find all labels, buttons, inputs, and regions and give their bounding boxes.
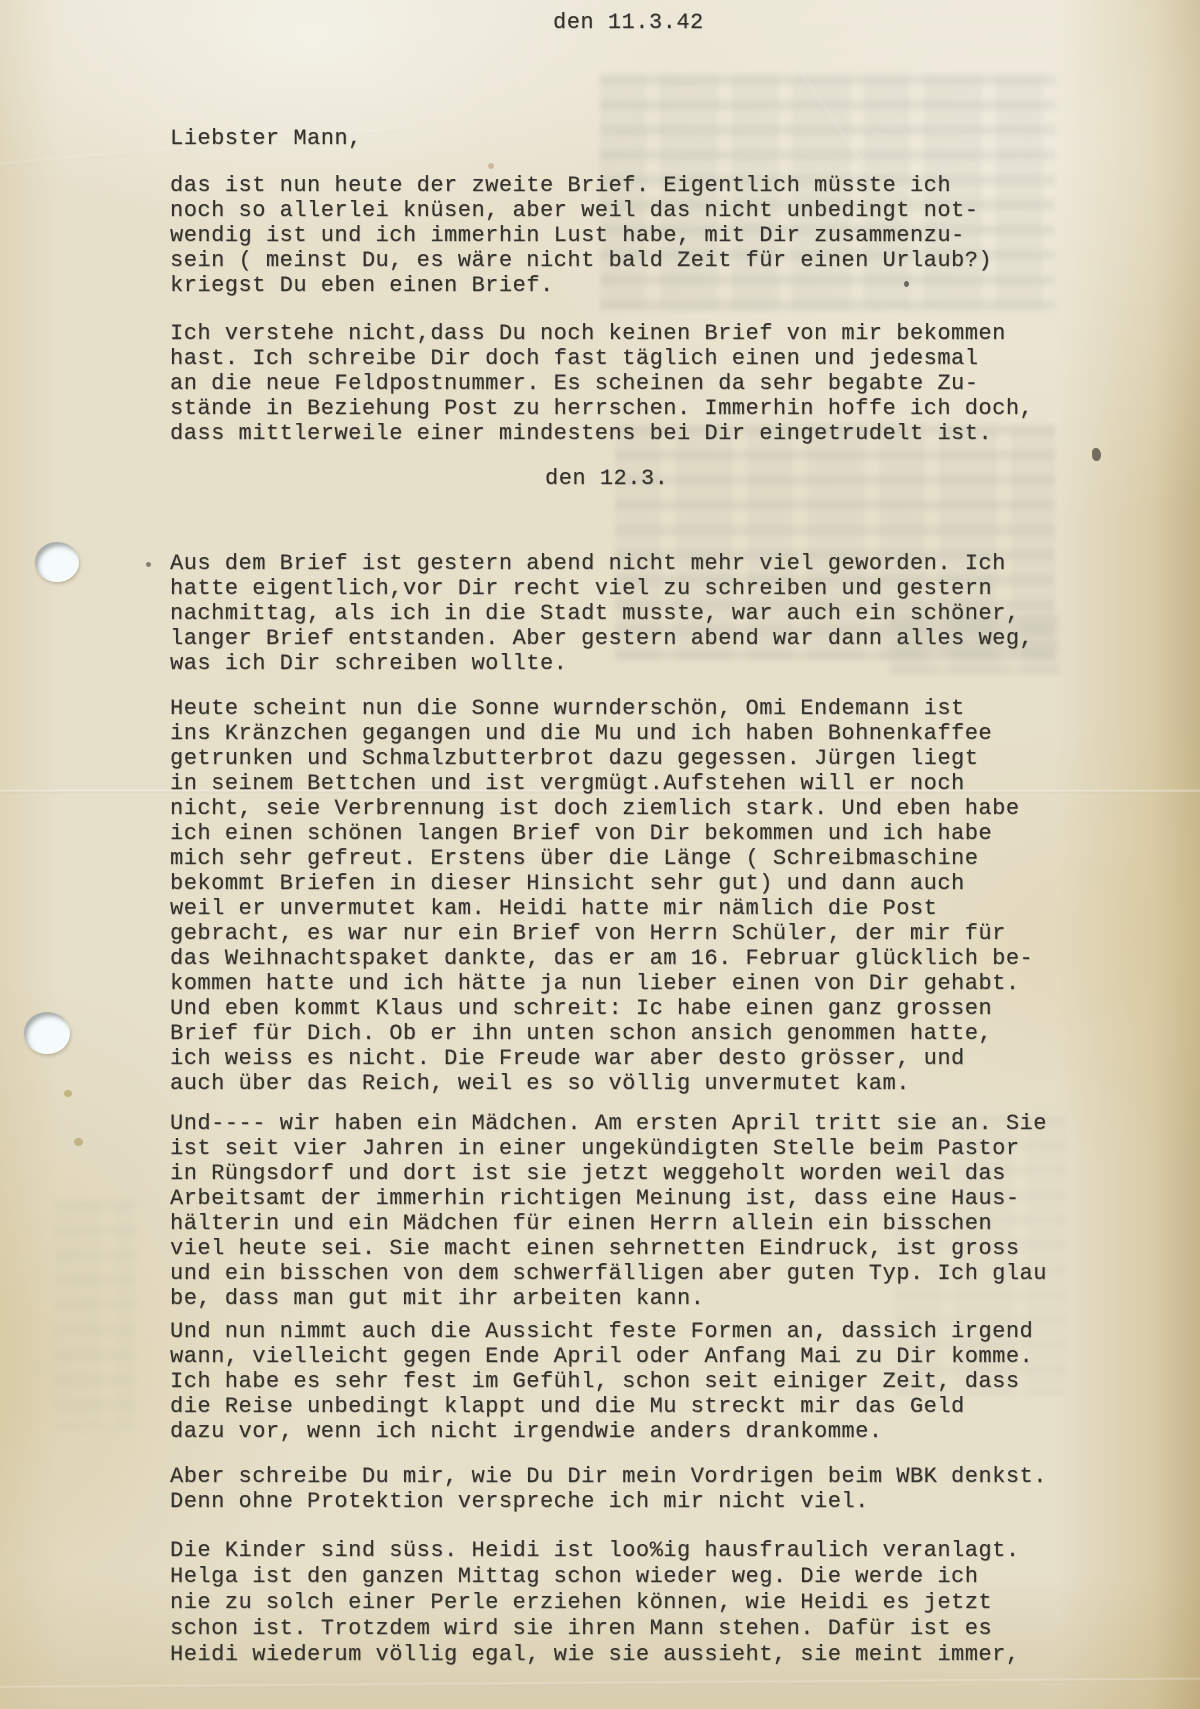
paragraph-2: Ich verstehe nicht,dass Du noch keinen B…	[170, 321, 1110, 446]
paragraph-5: Und---- wir haben ein Mädchen. Am ersten…	[170, 1111, 1110, 1311]
paragraph-3: Aus dem Brief ist gestern abend nicht me…	[170, 551, 1110, 676]
paragraph-8: Die Kinder sind süss. Heidi ist loo%ig h…	[170, 1538, 1110, 1668]
fold-crease	[0, 1678, 1200, 1689]
age-spot	[64, 1090, 72, 1097]
punch-hole	[35, 542, 79, 582]
paragraph-4: Heute scheint nun die Sonne wurnderschön…	[170, 696, 1110, 1096]
salutation: Liebster Mann,	[170, 126, 1110, 151]
bleedthrough-text	[55, 1200, 135, 1430]
letter-date-top: den 11.3.42	[553, 10, 1200, 35]
age-spot	[74, 1138, 83, 1146]
punch-hole	[24, 1012, 70, 1054]
ink-speck	[146, 562, 151, 567]
paragraph-7: Aber schreibe Du mir, wie Du Dir mein Vo…	[170, 1464, 1110, 1514]
paragraph-6: Und nun nimmt auch die Aussicht feste Fo…	[170, 1319, 1110, 1444]
letter-date-mid: den 12.3.	[545, 466, 1200, 491]
letter-page: den 11.3.42 Liebster Mann, das ist nun h…	[0, 0, 1200, 1709]
age-spot	[488, 163, 494, 169]
ink-speck	[1092, 448, 1101, 461]
paragraph-1: das ist nun heute der zweite Brief. Eige…	[170, 173, 1110, 298]
